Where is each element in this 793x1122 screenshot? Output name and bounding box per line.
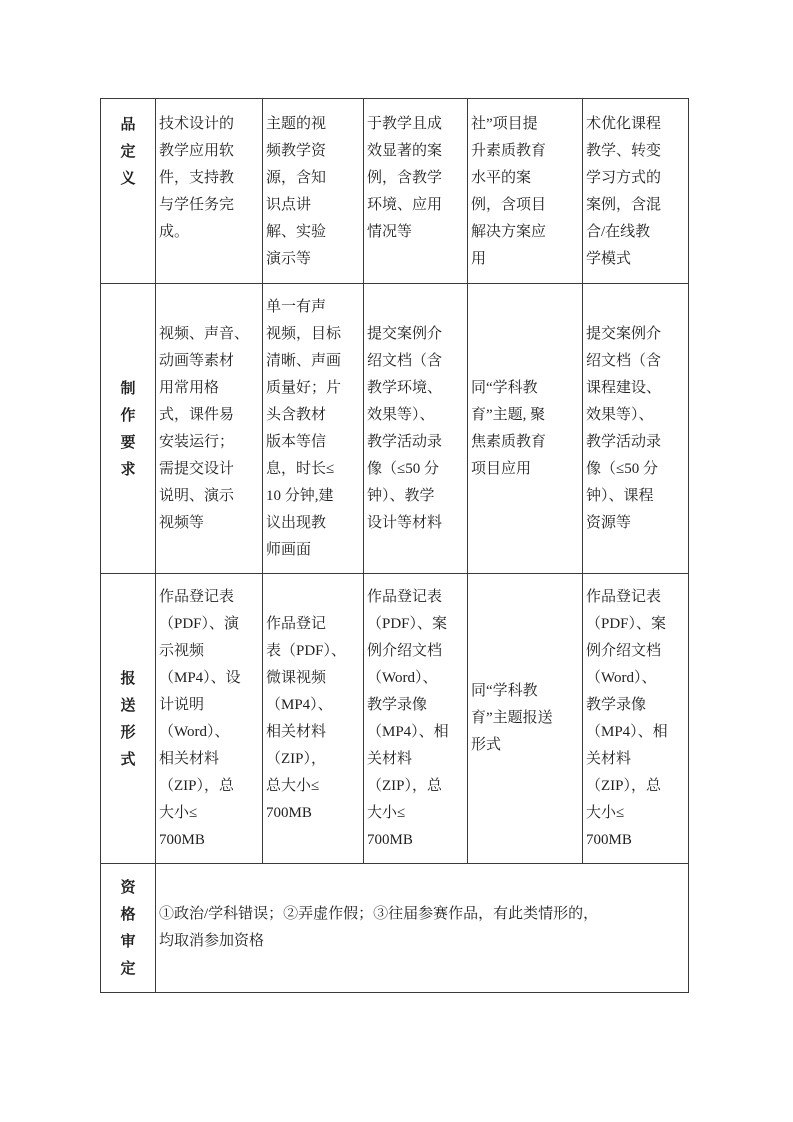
row-header-production-requirements: 制 作 要 求 (101, 284, 156, 574)
cell-submission-software: 作品登记表 （PDF）、演 示视频 （MP4）、设 计说明 （Word）、 相关… (156, 574, 263, 864)
table-row-submission-format: 报 送 形 式 作品登记表 （PDF）、演 示视频 （MP4）、设 计说明 （W… (101, 574, 689, 864)
cell-production-project-case: 同“学科教 育”主题, 聚 焦素质教育 项目应用 (468, 284, 583, 574)
row-header-definition: 品 定 义 (101, 99, 156, 284)
cell-production-subject-case: 提交案例介 绍文档（含 教学环境、 效果等）、 教学活动录 像（≤50 分 钟）… (364, 284, 468, 574)
cell-production-course-case: 提交案例介 绍文档（含 课程建设、 效果等）、 教学活动录 像（≤50 分 钟）… (583, 284, 689, 574)
cell-definition-subject-case: 于教学且成 效显著的案 例，含教学 环境、应用 情况等 (364, 99, 468, 284)
table-row-qualification-review: 资 格 审 定 ①政治/学科错误；②弄虚作假；③往届参赛作品，有此类情形的， 均… (101, 864, 689, 993)
cell-definition-course-case: 术优化课程 教学、转变 学习方式的 案例，含混 合/在线教 学模式 (583, 99, 689, 284)
cell-submission-subject-case: 作品登记表 （PDF）、案 例介绍文档 （Word）、 教学录像 （MP4）、相… (364, 574, 468, 864)
cell-definition-software: 技术设计的 教学应用软 件，支持教 与学任务完 成。 (156, 99, 263, 284)
cell-definition-micro-lesson: 主题的视 频教学资 源，含知 识点讲 解、实验 演示等 (263, 99, 364, 284)
cell-production-software: 视频、声音、 动画等素材 用常用格 式，课件易 安装运行； 需提交设计 说明、演… (156, 284, 263, 574)
row-header-submission-format: 报 送 形 式 (101, 574, 156, 864)
cell-submission-course-case: 作品登记表 （PDF）、案 例介绍文档 （Word）、 教学录像 （MP4）、相… (583, 574, 689, 864)
cell-definition-project-case: 社”项目提 升素质教育 水平的案 例，含项目 解决方案应 用 (468, 99, 583, 284)
table-row-definition: 品 定 义 技术设计的 教学应用软 件，支持教 与学任务完 成。 主题的视 频教… (101, 99, 689, 284)
cell-submission-micro-lesson: 作品登记 表（PDF）、 微课视频 （MP4）、 相关材料 （ZIP）， 总大小… (263, 574, 364, 864)
cell-production-micro-lesson: 单一有声 视频，目标 清晰、声画 质量好；片 头含教材 版本等信 息，时长≤ 1… (263, 284, 364, 574)
cell-submission-project-case: 同“学科教 育”主题报送 形式 (468, 574, 583, 864)
guidelines-table: 品 定 义 技术设计的 教学应用软 件，支持教 与学任务完 成。 主题的视 频教… (100, 98, 689, 993)
table-row-production-requirements: 制 作 要 求 视频、声音、 动画等素材 用常用格 式，课件易 安装运行； 需提… (101, 284, 689, 574)
document-page: { "page": { "background": "#ffffff", "te… (0, 0, 793, 1122)
cell-qualification-rules: ①政治/学科错误；②弄虚作假；③往届参赛作品，有此类情形的， 均取消参加资格 (156, 864, 689, 993)
row-header-qualification-review: 资 格 审 定 (101, 864, 156, 993)
